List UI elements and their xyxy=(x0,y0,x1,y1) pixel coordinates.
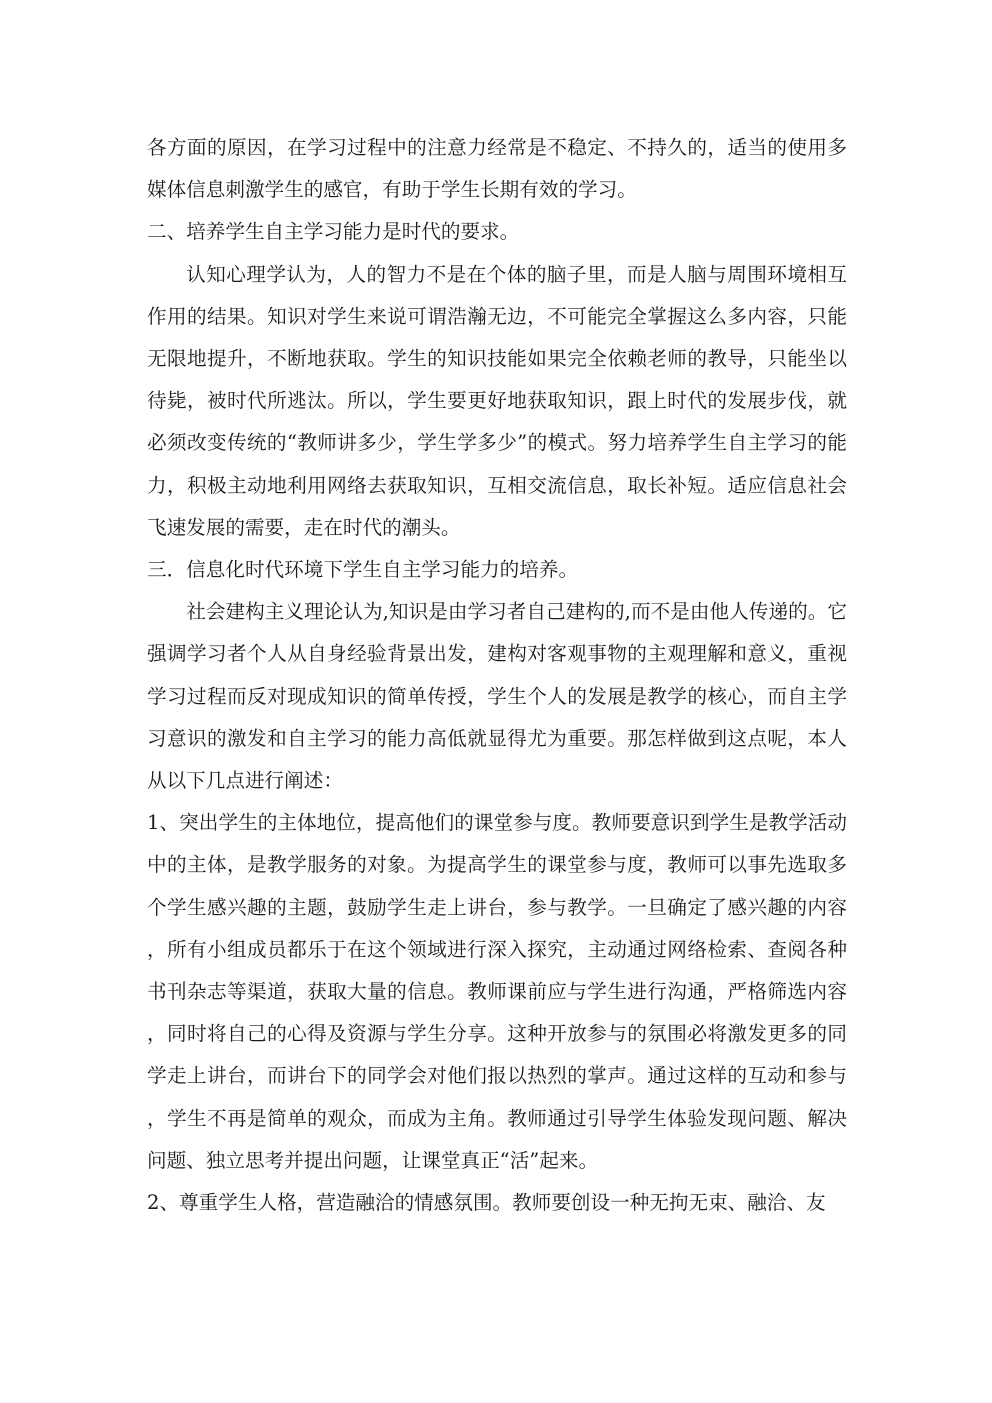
section-heading-2: 二、培养学生自主学习能力是时代的要求。 xyxy=(147,211,847,253)
paragraph-cognitive-psychology: 认知心理学认为，人的智力不是在个体的脑子里，而是人脑与周围环境相互作用的结果。知… xyxy=(147,254,847,549)
section-heading-3: 三．信息化时代环境下学生自主学习能力的培养。 xyxy=(147,549,847,591)
paragraph-social-constructivism: 社会建构主义理论认为,知识是由学习者自己建构的,而不是由他人传递的。它强调学习者… xyxy=(147,591,847,802)
list-item-1: 1、突出学生的主体地位，提高他们的课堂参与度。教师要意识到学生是教学活动中的主体… xyxy=(147,802,847,1182)
paragraph-continuation: 各方面的原因，在学习过程中的注意力经常是不稳定、不持久的，适当的使用多媒体信息刺… xyxy=(147,127,847,211)
list-item-2: 2、尊重学生人格，营造融洽的情感氛围。教师要创设一种无拘无束、融洽、友 xyxy=(147,1182,847,1224)
document-page: 各方面的原因，在学习过程中的注意力经常是不稳定、不持久的，适当的使用多媒体信息刺… xyxy=(147,127,847,1224)
